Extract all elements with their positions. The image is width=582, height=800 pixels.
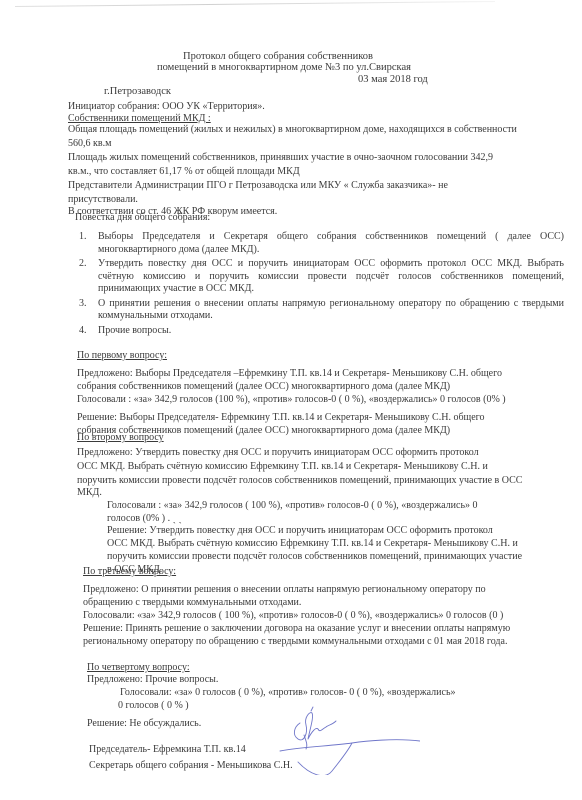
question-2-section: По второму вопросу Предложено: Утвердить… (77, 432, 582, 576)
agenda-item-number: 4. (79, 325, 87, 338)
document-city: г.Петрозаводск (104, 86, 171, 98)
secretary-signature-line: Секретарь общего собрания - Меньшикова С… (89, 760, 293, 772)
agenda-item-text: О принятии решения о внесении оплаты нап… (98, 298, 564, 322)
question-2-proposed-line2: ОСС МКД. Выбрать счётную комиссию Ефремк… (77, 461, 582, 473)
agenda-item-text: Утвердить повестку дня ОСС и поручить ин… (98, 258, 564, 294)
question-1-proposed-line2: собрания собственников помещений (далее … (77, 381, 582, 393)
handwritten-signature-icon (270, 705, 420, 775)
total-area-line1: Общая площадь помещений (жилых и нежилых… (68, 124, 573, 136)
question-2-voted-line2: голосов (0% ) . ˎ ˎ (77, 513, 582, 525)
initiator: Инициатор собрания: ООО УК «Территория». (68, 101, 573, 113)
question-4-voted-line1: Голосовали: «за» 0 голосов ( 0 %), «прот… (87, 687, 582, 699)
participating-line2: кв.м., что составляет 61,17 % от общей п… (68, 166, 573, 178)
agenda-item-text: Прочие вопросы. (98, 325, 171, 336)
question-3-proposed-line2: обращению с твердыми коммунальными отход… (83, 597, 582, 609)
total-area-line2: 560,6 кв.м (68, 138, 573, 150)
question-3-section: По третьему вопросу: Предложено: О приня… (83, 566, 582, 648)
agenda-item: 1.Выборы Председателя и Секретаря общего… (79, 231, 564, 256)
question-2-heading: По второму вопросу (77, 432, 582, 444)
question-2-decision-line3: поручить комиссии провести подсчёт голос… (77, 551, 582, 563)
question-3-decision-line2: региональному оператору по обращению с т… (83, 636, 582, 648)
agenda-item-number: 1. (79, 231, 87, 244)
agenda-list: 1.Выборы Председателя и Секретаря общего… (79, 231, 564, 339)
agenda-item-text: Выборы Председателя и Секретаря общего с… (98, 231, 564, 255)
question-2-proposed-line3: поручить комиссии провести подсчёт голос… (77, 475, 582, 487)
intro-section: Инициатор собрания: ООО УК «Территория».… (68, 101, 573, 218)
representatives-line1: Представители Администрации ПГО г Петроз… (68, 180, 573, 192)
question-1-heading: По первому вопросу: (77, 350, 582, 362)
agenda-heading: Повестка дня общего собрания: (75, 212, 210, 224)
question-1-section: По первому вопросу: Предложено: Выборы П… (77, 350, 582, 437)
question-2-decision-line1: Решение: Утвердить повестку дня ОСС и по… (77, 525, 582, 537)
document-date: 03 мая 2018 год (358, 74, 428, 86)
question-2-proposed-line4: МКД. (77, 487, 582, 499)
question-1-voted: Голосовали : «за» 342,9 голосов (100 %),… (77, 394, 582, 406)
chairman-signature-line: Председатель- Ефремкина Т.П. кв.14 (89, 744, 246, 756)
question-3-decision-line1: Решение: Принять решение о заключении до… (83, 623, 582, 635)
question-4-heading: По четвертому вопросу: (87, 662, 582, 674)
question-2-voted-line1: Голосовали : «за» 342,9 голосов ( 100 %)… (77, 500, 582, 512)
agenda-item: 2.Утвердить повестку дня ОСС и поручить … (79, 258, 564, 296)
document-title-line2: помещений в многоквартирном доме №3 по у… (157, 62, 411, 74)
question-2-decision-line2: ОСС МКД. Выбрать счётную комиссию Ефремк… (77, 538, 582, 550)
question-3-proposed-line1: Предложено: О принятии решения о внесени… (83, 584, 582, 596)
representatives-line2: присутствовали. (68, 194, 573, 206)
question-3-heading: По третьему вопросу: (83, 566, 582, 578)
agenda-item: 4.Прочие вопросы. (79, 325, 564, 338)
scan-artifact-line (15, 1, 495, 7)
agenda-item-number: 3. (79, 298, 87, 311)
question-4-proposed: Предложено: Прочие вопросы. (87, 674, 582, 686)
question-1-decision-line1: Решение: Выборы Председателя- Ефремкину … (77, 412, 582, 424)
agenda-item-number: 2. (79, 258, 87, 271)
participating-line1: Площадь жилых помещений собственников, п… (68, 152, 573, 164)
question-1-proposed-line1: Предложено: Выборы Председателя –Ефремки… (77, 368, 582, 380)
question-3-voted: Голосовали: «за» 342,9 голосов ( 100 %),… (83, 610, 582, 622)
question-2-proposed-line1: Предложено: Утвердить повестку дня ОСС и… (77, 447, 582, 459)
agenda-item: 3.О принятии решения о внесении оплаты н… (79, 298, 564, 323)
